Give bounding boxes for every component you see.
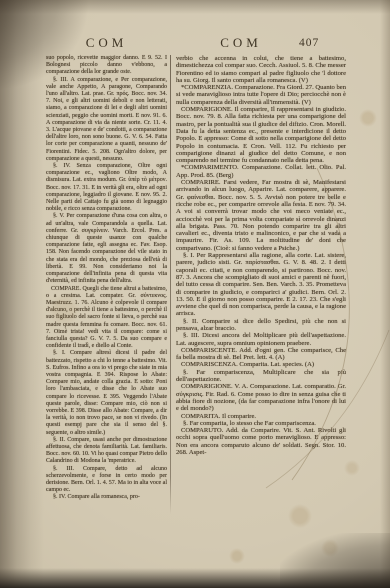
right-edge-shadow	[380, 0, 390, 588]
corner-shadow-bottom-right	[280, 533, 390, 588]
page-scan: COM COM 407 suo popolo, ricevette maggio…	[0, 0, 390, 588]
corner-shadow-top-left	[0, 0, 90, 90]
